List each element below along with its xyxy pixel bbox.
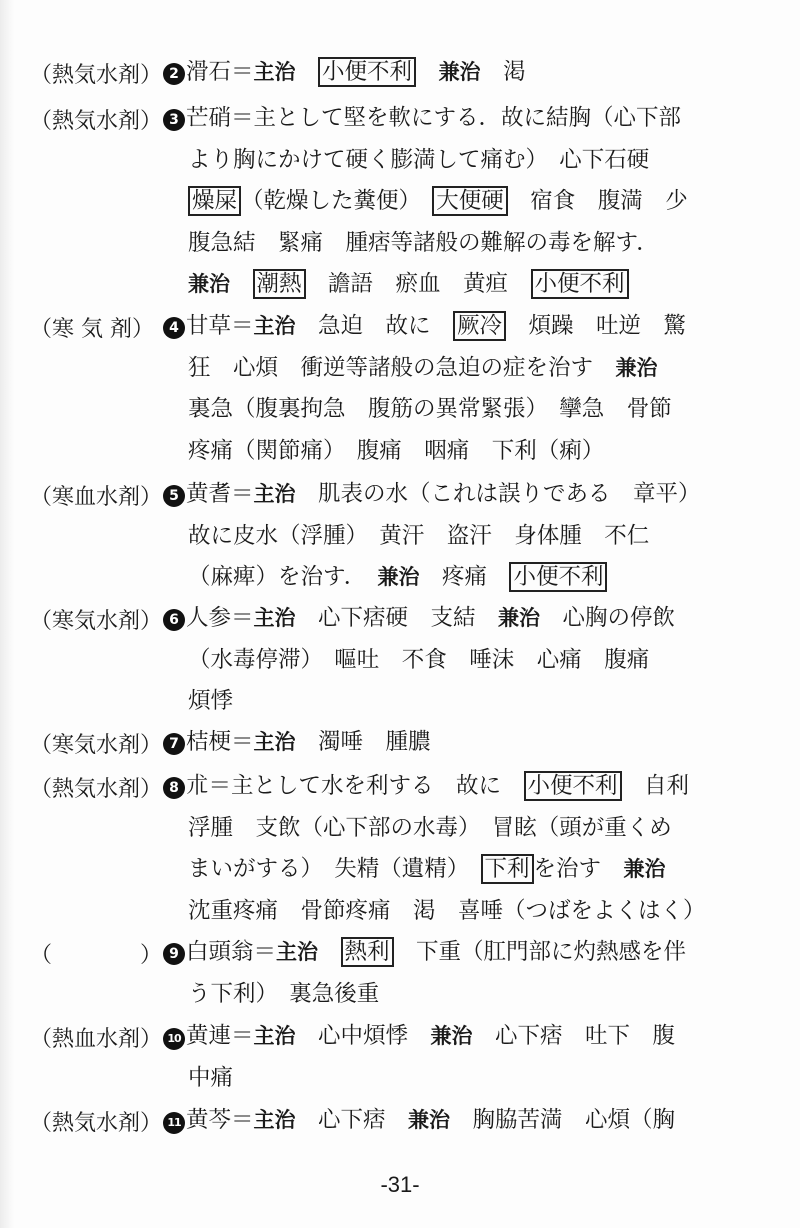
text-line: より胸にかけて硬く膨満して痛む） 心下石硬 (188, 140, 649, 180)
circled-number-icon: 2 (163, 63, 185, 85)
text-line: 2滑石＝主治 小便不利 兼治 渇 (163, 52, 526, 92)
page-edge-shadow (0, 0, 14, 1228)
text-segment: 疼痛（関節痛） 腹痛 咽痛 下利（痢） (188, 438, 604, 464)
text-segment (230, 271, 253, 297)
text-segment: 煩悸 (188, 688, 233, 714)
text-segment: 急迫 故に (296, 313, 454, 339)
bold-label: 兼治 (408, 1108, 450, 1132)
category-label: （寒 気 剤） (30, 312, 154, 343)
text-segment: 濁唾 腫膿 (296, 729, 431, 755)
circled-number-icon: 4 (163, 317, 185, 339)
text-line: 中痛 (188, 1058, 233, 1098)
text-line: 煩悸 (188, 681, 233, 721)
boxed-term: 小便不利 (531, 269, 629, 299)
text-line: 裏急（腹裏拘急 腹筋の異常緊張） 攣急 骨節 (188, 389, 672, 429)
boxed-term: 熱利 (341, 937, 394, 967)
category-label: （寒気水剤） (30, 604, 162, 635)
bold-label: 兼治 (188, 272, 230, 296)
text-line: 6人参＝主治 心下痞硬 支結 兼治 心胸の停飲 (163, 598, 675, 638)
text-segment: 心下痞 (296, 1107, 409, 1133)
text-segment: 腹急結 緊痛 腫痞等諸般の難解の毒を解す． (188, 230, 659, 256)
category-label: （熱血水剤） (30, 1022, 162, 1053)
bold-label: 主治 (254, 482, 296, 506)
bold-label: 兼治 (431, 1024, 473, 1048)
boxed-term: 下利 (481, 854, 534, 884)
text-segment (318, 939, 341, 965)
circled-number-icon: 7 (163, 733, 185, 755)
text-segment: 滑石＝ (186, 59, 254, 85)
category-label: （寒気水剤） (30, 728, 162, 759)
text-segment: 肌表の水（これは誤りである 章平） (296, 481, 701, 507)
category-label: （熱気水剤） (30, 1106, 162, 1137)
boxed-term: 潮熱 (253, 269, 306, 299)
circled-number-icon: 6 (163, 609, 185, 631)
text-line: 11黄芩＝主治 心下痞 兼治 胸脇苦満 心煩（胸 (163, 1100, 675, 1140)
text-segment: 心下痞 吐下 腹 (473, 1023, 676, 1049)
text-segment: う下利） 裏急後重 (188, 981, 379, 1007)
bold-label: 兼治 (616, 356, 658, 380)
text-line: 疼痛（関節痛） 腹痛 咽痛 下利（痢） (188, 431, 604, 471)
boxed-term: 燥屎 (188, 186, 241, 216)
bold-label: 主治 (254, 730, 296, 754)
bold-label: 兼治 (624, 857, 666, 881)
text-line: （水毒停滞） 嘔吐 不食 唾沫 心痛 腹痛 (188, 640, 649, 680)
text-segment: 心下痞硬 支結 (296, 605, 499, 631)
text-line: 3芒硝＝主として堅を軟にする．故に結胸（心下部 (163, 98, 681, 138)
text-line: 10黄連＝主治 心中煩悸 兼治 心下痞 吐下 腹 (163, 1016, 675, 1056)
circled-number-icon: 3 (163, 109, 185, 131)
text-segment: 渇 (481, 59, 526, 85)
bold-label: 兼治 (377, 565, 419, 589)
text-segment: 人参＝ (186, 605, 254, 631)
text-segment: 白頭翁＝ (186, 939, 276, 965)
text-segment: 黄連＝ (186, 1023, 254, 1049)
text-segment: 中痛 (188, 1065, 233, 1091)
text-line: 8朮＝主として水を利する 故に 小便不利 自利 (163, 766, 689, 806)
text-line: 7桔梗＝主治 濁唾 腫膿 (163, 722, 431, 762)
text-segment: 黄耆＝ (186, 481, 254, 507)
text-segment: 譫語 瘀血 黄疸 (306, 271, 531, 297)
page-number: -31- (0, 1172, 800, 1198)
boxed-term: 厥冷 (453, 311, 506, 341)
text-line: 浮腫 支飲（心下部の水毒） 冒眩（頭が重くめ (188, 808, 672, 848)
text-segment: （水毒停滞） 嘔吐 不食 唾沫 心痛 腹痛 (188, 647, 649, 673)
text-segment: 心中煩悸 (296, 1023, 431, 1049)
text-line: 故に皮水（浮腫） 黄汗 盗汗 身体腫 不仁 (188, 516, 649, 556)
boxed-term: 小便不利 (318, 57, 416, 87)
circled-number-icon: 11 (163, 1112, 185, 1134)
bold-label: 主治 (254, 60, 296, 84)
text-segment: 下重（肛門部に灼熱感を伴 (394, 939, 687, 965)
text-segment: 故に皮水（浮腫） 黄汗 盗汗 身体腫 不仁 (188, 523, 649, 549)
text-line: 5黄耆＝主治 肌表の水（これは誤りである 章平） (163, 474, 701, 514)
boxed-term: 小便不利 (524, 771, 622, 801)
category-label: （寒血水剤） (30, 480, 162, 511)
text-segment: 疼痛 (419, 564, 509, 590)
text-segment: より胸にかけて硬く膨満して痛む） 心下石硬 (188, 147, 649, 173)
text-line: 燥屎（乾燥した糞便） 大便硬 宿食 腹満 少 (188, 181, 688, 221)
bold-label: 主治 (254, 1108, 296, 1132)
text-segment: 沈重疼痛 骨節疼痛 渇 喜唾（つばをよくはく） (188, 898, 706, 924)
bold-label: 主治 (254, 606, 296, 630)
text-line: 兼治 潮熱 譫語 瘀血 黄疸 小便不利 (188, 264, 629, 304)
boxed-term: 大便硬 (432, 186, 508, 216)
text-segment: 朮＝主として水を利する 故に (186, 773, 524, 799)
text-line: 4甘草＝主治 急迫 故に 厥冷 煩躁 吐逆 驚 (163, 306, 686, 346)
text-segment: 心胸の停飲 (540, 605, 675, 631)
text-segment: まいがする） 失精（遺精） (188, 856, 481, 882)
boxed-term: 小便不利 (509, 562, 607, 592)
text-line: （麻痺）を治す． 兼治 疼痛 小便不利 (188, 557, 607, 597)
circled-number-icon: 10 (163, 1028, 185, 1050)
text-segment: 自利 (622, 773, 690, 799)
category-label: （熱気水剤） (30, 772, 162, 803)
text-segment: 裏急（腹裏拘急 腹筋の異常緊張） 攣急 骨節 (188, 396, 672, 422)
category-label: （熱気水剤） (30, 58, 162, 89)
text-segment: 宿食 腹満 少 (508, 188, 688, 214)
text-segment: （麻痺）を治す． (188, 564, 377, 590)
bold-label: 主治 (254, 314, 296, 338)
text-line: 狂 心煩 衝逆等諸般の急迫の症を治す 兼治 (188, 348, 658, 388)
text-line: 9白頭翁＝主治 熱利 下重（肛門部に灼熱感を伴 (163, 932, 686, 972)
text-segment: 芒硝＝主として堅を軟にする．故に結胸（心下部 (186, 105, 681, 131)
text-segment: （乾燥した糞便） (241, 188, 432, 214)
text-segment (296, 59, 319, 85)
bold-label: 主治 (254, 1024, 296, 1048)
text-segment: 狂 心煩 衝逆等諸般の急迫の症を治す (188, 355, 616, 381)
text-segment: を治す (534, 856, 624, 882)
text-segment: 浮腫 支飲（心下部の水毒） 冒眩（頭が重くめ (188, 815, 672, 841)
bold-label: 兼治 (439, 60, 481, 84)
text-segment: 胸脇苦満 心煩（胸 (450, 1107, 675, 1133)
bold-label: 主治 (276, 940, 318, 964)
circled-number-icon: 8 (163, 777, 185, 799)
text-segment: 黄芩＝ (186, 1107, 254, 1133)
text-line: 沈重疼痛 骨節疼痛 渇 喜唾（つばをよくはく） (188, 891, 706, 931)
text-segment: 甘草＝ (186, 313, 254, 339)
category-label: （熱気水剤） (30, 104, 162, 135)
text-line: う下利） 裏急後重 (188, 974, 379, 1014)
text-segment: 桔梗＝ (186, 729, 254, 755)
bold-label: 兼治 (498, 606, 540, 630)
text-line: まいがする） 失精（遺精） 下利を治す 兼治 (188, 849, 666, 889)
text-line: 腹急結 緊痛 腫痞等諸般の難解の毒を解す． (188, 223, 659, 263)
category-label: （ ） (30, 938, 162, 969)
circled-number-icon: 5 (163, 485, 185, 507)
text-segment: 煩躁 吐逆 驚 (506, 313, 686, 339)
text-segment (416, 59, 439, 85)
circled-number-icon: 9 (163, 943, 185, 965)
